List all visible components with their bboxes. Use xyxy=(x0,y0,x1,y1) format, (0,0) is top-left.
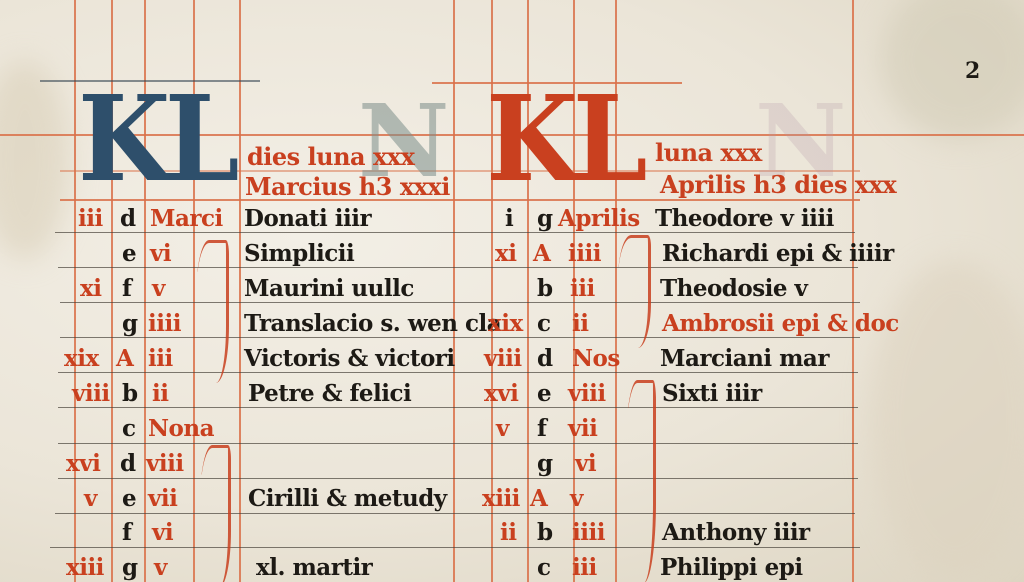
roman-date: viii xyxy=(568,382,606,405)
dominical-letter: d xyxy=(537,347,553,370)
golden-number: xvi xyxy=(66,452,100,475)
roman-date: vii xyxy=(568,417,597,440)
dominical-letter: c xyxy=(537,312,551,335)
roman-date: Marci xyxy=(150,207,223,230)
dominical-letter: f xyxy=(537,417,546,440)
ruling-line xyxy=(58,267,858,268)
feast-entry: Richardi epi & iiiir xyxy=(662,242,894,265)
roman-date: iii xyxy=(572,556,597,579)
ruling-line xyxy=(60,302,860,303)
april-header-line-2: Aprilis h3 dies xxx xyxy=(660,170,896,199)
flourish-ornament xyxy=(618,235,651,348)
roman-date: v xyxy=(570,487,583,510)
roman-date: iiii xyxy=(568,242,601,265)
feast-entry: Theodosie v xyxy=(660,277,807,300)
roman-date: ii xyxy=(152,382,168,405)
parchment-stain xyxy=(0,60,70,260)
manuscript-page: 2 N N KL KL dies luna xxx Marcius h3 xxx… xyxy=(0,0,1024,582)
ruling-line xyxy=(58,407,858,408)
ruling-line xyxy=(852,0,854,582)
roman-date: vii xyxy=(148,487,177,510)
ruling-line xyxy=(453,0,455,582)
golden-number: v xyxy=(496,417,509,440)
dominical-letter: d xyxy=(120,207,136,230)
feast-entry: Cirilli & metudy xyxy=(248,487,447,510)
april-header-line-1: luna xxx xyxy=(655,138,762,167)
roman-date: iiii xyxy=(572,521,605,544)
dominical-letter: A xyxy=(533,242,550,265)
flourish-ornament xyxy=(200,445,231,582)
parchment-stain xyxy=(870,260,1024,580)
golden-number: xvi xyxy=(484,382,518,405)
feast-entry: Maurini uullc xyxy=(244,277,414,300)
golden-number: xi xyxy=(495,242,516,265)
golden-number: xix xyxy=(488,312,523,335)
roman-date: ii xyxy=(572,312,588,335)
ruling-line xyxy=(50,547,860,548)
feast-entry: Translacio s. wen cla xyxy=(244,312,501,335)
ruling-line xyxy=(58,478,858,479)
golden-number: iii xyxy=(78,207,103,230)
dominical-letter: g xyxy=(537,207,553,230)
feast-entry: Donati iiir xyxy=(244,207,371,230)
ruling-line xyxy=(60,337,860,338)
feast-entry: xl. martir xyxy=(256,556,372,579)
dominical-letter: g xyxy=(122,312,138,335)
golden-number: xix xyxy=(64,347,99,370)
golden-number: i xyxy=(505,207,513,230)
dominical-letter: f xyxy=(122,277,131,300)
dominical-letter: e xyxy=(122,242,136,265)
feast-entry: Theodore v iiii xyxy=(655,207,834,230)
golden-number: v xyxy=(84,487,97,510)
golden-number: ii xyxy=(500,521,516,544)
roman-date: v xyxy=(154,556,167,579)
feast-entry: Petre & felici xyxy=(248,382,411,405)
dominical-letter: g xyxy=(537,452,553,475)
dominical-letter: b xyxy=(122,382,138,405)
dominical-letter: f xyxy=(122,521,131,544)
roman-date: vi xyxy=(150,242,171,265)
dominical-letter: c xyxy=(122,417,136,440)
dominical-letter: A xyxy=(530,487,547,510)
kl-initial-april: KL xyxy=(486,80,642,198)
roman-date: vi xyxy=(152,521,173,544)
roman-date: Nona xyxy=(148,417,214,440)
dominical-letter: A xyxy=(116,347,133,370)
ruling-line xyxy=(58,372,858,373)
ruling-line xyxy=(58,443,858,444)
golden-number: viii xyxy=(72,382,110,405)
flourish-ornament xyxy=(625,380,656,582)
feast-entry: Simplicii xyxy=(244,242,354,265)
ruling-line xyxy=(239,0,241,582)
golden-number: viii xyxy=(484,347,522,370)
ruling-line xyxy=(55,513,855,514)
kl-initial-march: KL xyxy=(78,80,234,198)
dominical-letter: e xyxy=(537,382,551,405)
dominical-letter: c xyxy=(537,556,551,579)
march-header-line-1: dies luna xxx xyxy=(247,142,414,171)
feast-entry: Philippi epi xyxy=(660,556,803,579)
dominical-letter: d xyxy=(120,452,136,475)
feast-entry: Sixti iiir xyxy=(662,382,762,405)
dominical-letter: b xyxy=(537,277,553,300)
golden-number: xiii xyxy=(482,487,520,510)
feast-entry: Marciani mar xyxy=(660,347,829,370)
golden-number: xiii xyxy=(66,556,104,579)
roman-date: v xyxy=(152,277,165,300)
roman-date: vi xyxy=(575,452,596,475)
feast-entry: Victoris & victori xyxy=(244,347,455,370)
flourish-ornament xyxy=(196,240,229,383)
roman-date: viii xyxy=(146,452,184,475)
feast-entry: Anthony iiir xyxy=(662,521,810,544)
ruling-line xyxy=(74,0,76,582)
dominical-letter: g xyxy=(122,556,138,579)
march-header-line-2: Marcius h3 xxxi xyxy=(245,172,450,201)
parchment-stain xyxy=(880,0,1024,140)
folio-number: 2 xyxy=(965,58,980,84)
roman-date: iii xyxy=(570,277,595,300)
roman-date: Nos xyxy=(572,347,620,370)
roman-date: Aprilis xyxy=(558,207,640,230)
dominical-letter: e xyxy=(122,487,136,510)
ruling-line xyxy=(55,232,855,233)
roman-date: iii xyxy=(148,347,173,370)
dominical-letter: b xyxy=(537,521,553,544)
roman-date: iiii xyxy=(148,312,181,335)
feast-entry: Ambrosii epi & doc xyxy=(662,312,899,335)
golden-number: xi xyxy=(80,277,101,300)
